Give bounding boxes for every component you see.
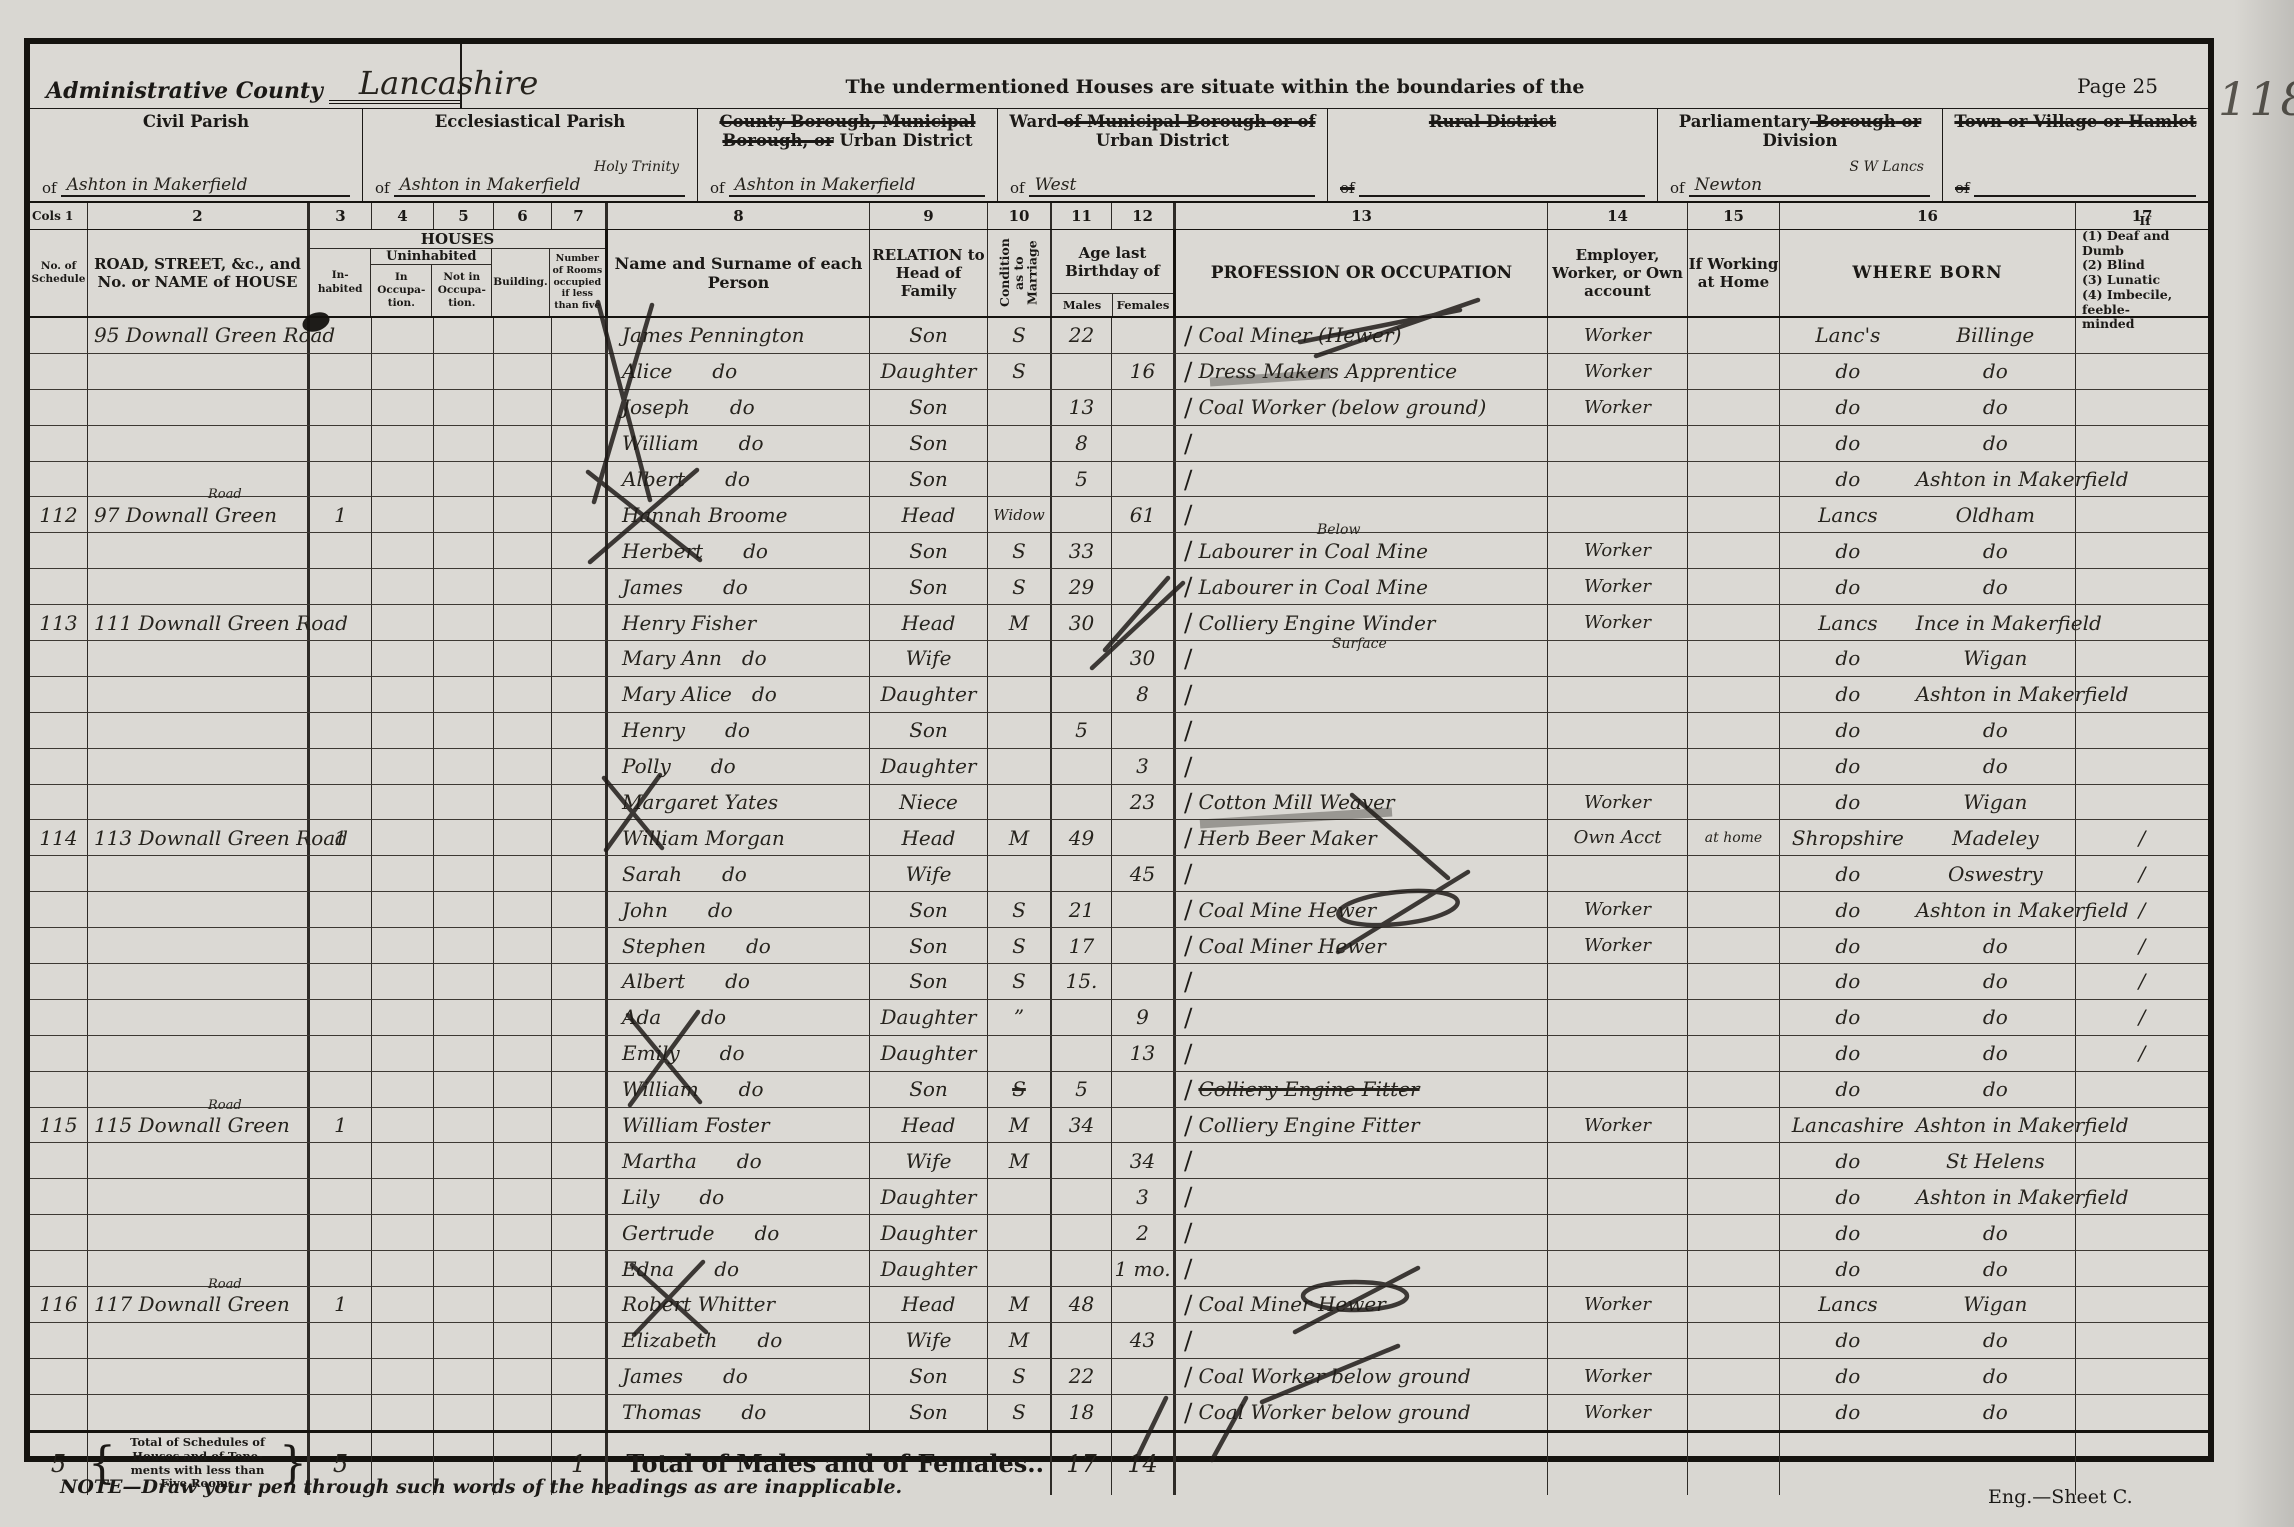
enumerator-tick-mark: ∕ xyxy=(1184,1075,1192,1104)
ward-label-seg: of Municipal Borough xyxy=(1057,112,1266,131)
cell-infirmity xyxy=(2076,713,2208,748)
cell-uninhabited-occ xyxy=(372,569,434,604)
condition-value: S xyxy=(1012,359,1026,383)
born-place: Billinge xyxy=(1916,323,2075,347)
cell-schedule-number xyxy=(30,641,88,676)
cell-rooms xyxy=(552,1395,608,1430)
condition-value: M xyxy=(1009,826,1029,850)
born-county: do xyxy=(1780,718,1916,742)
cell-inhabited xyxy=(310,1036,372,1071)
cell-working-at-home xyxy=(1688,713,1780,748)
cell-occupation: ∕Coal Worker below ground xyxy=(1176,1359,1548,1394)
column-number-1: Cols 1 xyxy=(30,203,88,229)
cell-person-name: Mary Alice do xyxy=(608,677,870,712)
cell-address xyxy=(88,354,310,389)
cell-uninhabited-occ xyxy=(372,354,434,389)
cell-age-male: 13 xyxy=(1052,390,1112,425)
enumerator-tick-mark: ∕ xyxy=(1184,752,1192,781)
born-county: do xyxy=(1780,1257,1916,1281)
cell-rooms xyxy=(552,1323,608,1358)
enumerator-tick-mark: ∕ xyxy=(1184,895,1192,924)
cell-relation: Wife xyxy=(870,1143,988,1178)
total-females-value: 14 xyxy=(1112,1433,1176,1495)
born-place: Oldham xyxy=(1916,503,2075,527)
header-age-group: Age last Birthday of Males Females xyxy=(1052,230,1176,316)
rural-district-label: Rural District xyxy=(1336,113,1649,132)
header-employer: Employer, Worker, or Own account xyxy=(1548,230,1688,316)
cell-condition xyxy=(988,677,1052,712)
cell-condition: M xyxy=(988,1323,1052,1358)
table-row: 115115 Downall GreenRoad1William FosterH… xyxy=(30,1108,2208,1144)
occupation-value: Colliery Engine Winder xyxy=(1198,611,1435,635)
table-row: Albert doSon5∕doAshton in Makerfield xyxy=(30,462,2208,498)
cell-employer-worker: Worker xyxy=(1548,354,1688,389)
cell-uninhabited-notocc xyxy=(434,892,494,927)
cell-occupation: ∕Labourer in Coal MineBelow xyxy=(1176,533,1548,568)
born-county: do xyxy=(1780,1185,1916,1209)
cell-age-female xyxy=(1112,569,1176,604)
cell-person-name: Emily do xyxy=(608,1036,870,1071)
cell-uninhabited-occ xyxy=(372,713,434,748)
born-place: do xyxy=(1916,431,2075,455)
ward-of: of xyxy=(1010,179,1025,197)
cell-address xyxy=(88,856,310,891)
cell-rooms xyxy=(552,318,608,353)
column-number-5: 5 xyxy=(434,203,494,229)
cell-where-born: dodo xyxy=(1780,1000,2076,1035)
cell-condition: S xyxy=(988,1395,1052,1430)
cell-inhabited xyxy=(310,1143,372,1178)
cell-infirmity: / xyxy=(2076,1036,2208,1071)
cell-rooms xyxy=(552,1287,608,1322)
cell-where-born: ShropshireMadeley xyxy=(1780,820,2076,855)
cell-condition xyxy=(988,641,1052,676)
census-form: Administrative County Lancashire The und… xyxy=(24,38,2214,1462)
cell-age-male xyxy=(1052,354,1112,389)
cell-working-at-home xyxy=(1688,1000,1780,1035)
cell-uninhabited-notocc xyxy=(434,713,494,748)
cell-uninhabited-occ xyxy=(372,1359,434,1394)
condition-value: S xyxy=(1012,323,1026,347)
cell-inhabited xyxy=(310,462,372,497)
cell-uninhabited-occ xyxy=(372,820,434,855)
cell-building xyxy=(494,892,552,927)
cell-employer-worker xyxy=(1548,426,1688,461)
parliamentary-of-line: ofNewton xyxy=(1666,176,1934,199)
cell-uninhabited-occ xyxy=(372,1323,434,1358)
column-number-16: 16 xyxy=(1780,203,2076,229)
cell-working-at-home xyxy=(1688,426,1780,461)
cell-infirmity xyxy=(2076,318,2208,353)
cell-age-female xyxy=(1112,426,1176,461)
county-borough-label-seg: Urban District xyxy=(834,131,973,150)
cell-age-male xyxy=(1052,1143,1112,1178)
cell-employer-worker xyxy=(1548,1323,1688,1358)
born-county: do xyxy=(1780,862,1916,886)
cell-inhabited xyxy=(310,1359,372,1394)
cell-inhabited xyxy=(310,856,372,891)
ward-label: Ward of Municipal Borough or of Urban Di… xyxy=(1006,113,1319,151)
cell-building xyxy=(494,677,552,712)
cell-employer-worker: Worker xyxy=(1548,1359,1688,1394)
cell-employer-worker: Worker xyxy=(1548,390,1688,425)
enumerator-tick-mark: ∕ xyxy=(1184,1326,1192,1355)
condition-value: S xyxy=(1012,969,1026,993)
cell-relation: Son xyxy=(870,1072,988,1107)
cell-uninhabited-occ xyxy=(372,462,434,497)
cell-relation: Son xyxy=(870,713,988,748)
cell-occupation: ∕Dress Makers Apprentice xyxy=(1176,354,1548,389)
cell-infirmity xyxy=(2076,1143,2208,1178)
column-number-3: 3 xyxy=(310,203,372,229)
header-houses: HOUSES xyxy=(310,230,605,249)
cell-condition: M xyxy=(988,1108,1052,1143)
cell-where-born: dodo xyxy=(1780,390,2076,425)
cell-infirmity xyxy=(2076,1072,2208,1107)
town-village-of: of xyxy=(1955,179,1970,197)
cell-infirmity xyxy=(2076,1323,2208,1358)
cell-employer-worker xyxy=(1548,1179,1688,1214)
cell-person-name: Henry Fisher xyxy=(608,605,870,640)
ecclesiastical-parish-note: Holy Trinity xyxy=(594,159,679,175)
cell-uninhabited-notocc xyxy=(434,497,494,532)
cell-schedule-number xyxy=(30,1179,88,1214)
cell-relation: Daughter xyxy=(870,1215,988,1250)
cell-address xyxy=(88,713,310,748)
occupation-value: Dress Makers Apprentice xyxy=(1198,359,1457,383)
cell-age-female xyxy=(1112,820,1176,855)
rural-district-label-seg: Rural District xyxy=(1429,112,1556,131)
cell-age-female: 16 xyxy=(1112,354,1176,389)
cell-occupation: ∕ xyxy=(1176,964,1548,999)
cell-building xyxy=(494,1323,552,1358)
cell-working-at-home xyxy=(1688,605,1780,640)
cell-rooms xyxy=(552,605,608,640)
cell-where-born: dodo xyxy=(1780,928,2076,963)
cell-schedule-number xyxy=(30,1359,88,1394)
cell-schedule-number: 113 xyxy=(30,605,88,640)
cell-uninhabited-notocc xyxy=(434,1072,494,1107)
header-profession: PROFESSION OR OCCUPATION xyxy=(1176,230,1548,316)
cell-rooms xyxy=(552,820,608,855)
condition-value: Widow xyxy=(993,506,1044,524)
cell-infirmity: / xyxy=(2076,928,2208,963)
cell-person-name: Ada do xyxy=(608,1000,870,1035)
condition-value: M xyxy=(1009,1292,1029,1316)
cell-address: 95 Downall Green Road xyxy=(88,318,310,353)
cell-working-at-home xyxy=(1688,533,1780,568)
cell-age-male: 22 xyxy=(1052,1359,1112,1394)
cell-schedule-number xyxy=(30,749,88,784)
cell-age-male: 49 xyxy=(1052,820,1112,855)
column-number-15: 15 xyxy=(1688,203,1780,229)
cell-age-female: 3 xyxy=(1112,749,1176,784)
cell-rooms xyxy=(552,713,608,748)
cell-uninhabited-notocc xyxy=(434,1036,494,1071)
cell-building xyxy=(494,497,552,532)
enumerator-tick-mark: ∕ xyxy=(1184,1182,1192,1211)
cell-uninhabited-notocc xyxy=(434,1179,494,1214)
condition-value: S xyxy=(1012,1364,1026,1388)
ecclesiastical-parish-label: Ecclesiastical Parish xyxy=(371,113,689,132)
cell-uninhabited-notocc xyxy=(434,677,494,712)
cell-age-male xyxy=(1052,1179,1112,1214)
table-row: Mary Ann doWife30∕doWigan xyxy=(30,641,2208,677)
condition-value: S xyxy=(1012,934,1026,958)
ecclesiastical-parish-value: Ashton in Makerfield xyxy=(394,176,685,197)
born-place: do xyxy=(1916,1041,2075,1065)
header-building: Building. xyxy=(492,249,549,316)
cell-person-name: James do xyxy=(608,1359,870,1394)
cell-uninhabited-notocc xyxy=(434,569,494,604)
cell-condition: S xyxy=(988,569,1052,604)
cell-person-name: Hannah Broome xyxy=(608,497,870,532)
cell-condition: S xyxy=(988,533,1052,568)
cell-uninhabited-notocc xyxy=(434,1143,494,1178)
county-borough-label: County Borough, Municipal Borough, or Ur… xyxy=(706,113,989,151)
cell-person-name: William Foster xyxy=(608,1108,870,1143)
header-uninhabited: Uninhabited xyxy=(371,249,491,265)
cell-address xyxy=(88,785,310,820)
header-infirmities-line: (1) Deaf and Dumb xyxy=(2082,229,2208,259)
cell-person-name: James Pennington xyxy=(608,318,870,353)
cell-infirmity: / xyxy=(2076,964,2208,999)
cell-inhabited xyxy=(310,1072,372,1107)
sheet-label: Eng.—Sheet C. xyxy=(1988,1486,2133,1508)
cell-employer-worker xyxy=(1548,497,1688,532)
cell-age-male: 34 xyxy=(1052,1108,1112,1143)
cell-working-at-home xyxy=(1688,1215,1780,1250)
cell-age-female xyxy=(1112,964,1176,999)
cell-condition: M xyxy=(988,1143,1052,1178)
cell-building xyxy=(494,1143,552,1178)
cell-inhabited xyxy=(310,749,372,784)
cell-working-at-home xyxy=(1688,354,1780,389)
born-place: Ashton in Makerfield xyxy=(1916,682,2075,706)
cell-schedule-number: 115 xyxy=(30,1108,88,1143)
cell-uninhabited-occ xyxy=(372,641,434,676)
column-numbers-row: Cols 1234567891011121314151617 xyxy=(30,201,2208,229)
cell-working-at-home xyxy=(1688,1251,1780,1286)
cell-where-born: doWigan xyxy=(1780,641,2076,676)
cell-relation: Son xyxy=(870,1395,988,1430)
cell-relation: Son xyxy=(870,928,988,963)
cell-inhabited xyxy=(310,318,372,353)
cell-occupation: ∕Coal Miner Hewer xyxy=(1176,1287,1548,1322)
cell-inhabited xyxy=(310,928,372,963)
cell-relation: Head xyxy=(870,497,988,532)
cell-working-at-home xyxy=(1688,569,1780,604)
born-county: do xyxy=(1780,359,1916,383)
cell-relation: Son xyxy=(870,318,988,353)
cell-schedule-number xyxy=(30,1215,88,1250)
cell-uninhabited-occ xyxy=(372,1143,434,1178)
civil-parish-label: Civil Parish xyxy=(38,113,354,132)
situate-statement: The undermentioned Houses are situate wi… xyxy=(462,76,1968,108)
cell-building xyxy=(494,1108,552,1143)
town-village-label-seg: Town or Village or Hamlet xyxy=(1954,112,2196,131)
table-row: 11297 Downall GreenRoad1Hannah BroomeHea… xyxy=(30,497,2208,533)
born-county: do xyxy=(1780,1149,1916,1173)
cell-building xyxy=(494,1072,552,1107)
cell-where-born: doAshton in Makerfield xyxy=(1780,1179,2076,1214)
locality-box-civil-parish: Civil ParishofAshton in Makerfield xyxy=(30,109,363,201)
cell-uninhabited-occ xyxy=(372,497,434,532)
cell-address xyxy=(88,1215,310,1250)
cell-person-name: Margaret Yates xyxy=(608,785,870,820)
born-place: Ashton in Makerfield xyxy=(1916,467,2075,491)
ward-label-seg: or of xyxy=(1266,112,1315,131)
cell-inhabited xyxy=(310,1215,372,1250)
born-county: do xyxy=(1780,467,1916,491)
cell-occupation: ∕Coal Miner (Hewer) xyxy=(1176,318,1548,353)
cell-building xyxy=(494,569,552,604)
cell-condition: S xyxy=(988,964,1052,999)
cell-schedule-number xyxy=(30,677,88,712)
born-place: do xyxy=(1916,1364,2075,1388)
cell-where-born: doAshton in Makerfield xyxy=(1780,892,2076,927)
cell-person-name: Sarah do xyxy=(608,856,870,891)
cell-uninhabited-occ xyxy=(372,749,434,784)
born-place: Madeley xyxy=(1916,826,2075,850)
table-row: William doSonS5∕Colliery Engine Fitterdo… xyxy=(30,1072,2208,1108)
cell-uninhabited-notocc xyxy=(434,928,494,963)
cell-address xyxy=(88,749,310,784)
cell-infirmity xyxy=(2076,641,2208,676)
cell-condition xyxy=(988,1179,1052,1214)
occupation-value: Coal Worker below ground xyxy=(1198,1400,1470,1424)
header-condition-label: Condition as to Marriage xyxy=(998,230,1039,316)
parliamentary-value: Newton xyxy=(1689,176,1930,197)
parliamentary-note: S W Lancs xyxy=(1849,159,1924,175)
born-county: Lancashire xyxy=(1780,1113,1916,1137)
cell-address xyxy=(88,1072,310,1107)
cell-address xyxy=(88,641,310,676)
cell-employer-worker: Worker xyxy=(1548,605,1688,640)
born-county: do xyxy=(1780,682,1916,706)
born-county: do xyxy=(1780,969,1916,993)
cell-where-born: dodo xyxy=(1780,1359,2076,1394)
cell-building xyxy=(494,1359,552,1394)
cell-person-name: Mary Ann do xyxy=(608,641,870,676)
cell-building xyxy=(494,1215,552,1250)
born-place: do xyxy=(1916,1077,2075,1101)
enumerator-tick-mark: ∕ xyxy=(1184,1111,1192,1140)
cell-inhabited: 1 xyxy=(310,820,372,855)
cell-uninhabited-occ xyxy=(372,533,434,568)
born-place: do xyxy=(1916,359,2075,383)
enumerator-tick-mark: ∕ xyxy=(1184,1003,1192,1032)
condition-value: M xyxy=(1009,1113,1029,1137)
header-inhabited: In-habited xyxy=(310,249,371,316)
cell-schedule-number xyxy=(30,533,88,568)
cell-person-name: Henry do xyxy=(608,713,870,748)
cell-relation: Son xyxy=(870,426,988,461)
table-row: Margaret YatesNiece23∕Cotton Mill Weaver… xyxy=(30,785,2208,821)
cell-infirmity xyxy=(2076,1359,2208,1394)
cell-working-at-home xyxy=(1688,1143,1780,1178)
cell-where-born: dodo xyxy=(1780,533,2076,568)
cell-working-at-home xyxy=(1688,964,1780,999)
born-county: do xyxy=(1780,431,1916,455)
cell-relation: Head xyxy=(870,820,988,855)
born-place: Wigan xyxy=(1916,1292,2075,1316)
cell-building xyxy=(494,1036,552,1071)
cell-condition xyxy=(988,713,1052,748)
born-county: do xyxy=(1780,934,1916,958)
cell-inhabited xyxy=(310,1323,372,1358)
cell-age-male: 15. xyxy=(1052,964,1112,999)
cell-schedule-number xyxy=(30,1323,88,1358)
cell-where-born: dodo xyxy=(1780,1072,2076,1107)
cell-working-at-home xyxy=(1688,1036,1780,1071)
cell-where-born: dodo xyxy=(1780,713,2076,748)
born-county: do xyxy=(1780,754,1916,778)
cell-relation: Wife xyxy=(870,641,988,676)
cell-where-born: dodo xyxy=(1780,1036,2076,1071)
cell-working-at-home xyxy=(1688,928,1780,963)
cell-building xyxy=(494,390,552,425)
cell-schedule-number xyxy=(30,1143,88,1178)
cell-uninhabited-notocc xyxy=(434,462,494,497)
table-row: Lily doDaughter3∕doAshton in Makerfield xyxy=(30,1179,2208,1215)
cell-rooms xyxy=(552,749,608,784)
cell-address xyxy=(88,892,310,927)
cell-inhabited xyxy=(310,713,372,748)
cell-uninhabited-occ xyxy=(372,1395,434,1430)
locality-box-rural-district: Rural Districtof xyxy=(1328,109,1658,201)
header-females: Females xyxy=(1113,294,1173,316)
cell-address-road-note: Road xyxy=(208,1277,242,1292)
cell-age-male: 5 xyxy=(1052,1072,1112,1107)
cell-relation: Daughter xyxy=(870,749,988,784)
table-row: Emily doDaughter13∕dodo/ xyxy=(30,1036,2208,1072)
cell-rooms xyxy=(552,785,608,820)
cell-address xyxy=(88,1395,310,1430)
cell-employer-worker xyxy=(1548,1143,1688,1178)
enumerator-tick-mark: ∕ xyxy=(1184,1039,1192,1068)
cell-rooms xyxy=(552,354,608,389)
administrative-county-line: Lancashire xyxy=(329,70,460,104)
condition-value: S xyxy=(1012,575,1026,599)
cell-rooms xyxy=(552,497,608,532)
total-empty-cell xyxy=(1176,1433,1548,1495)
cell-building xyxy=(494,1395,552,1430)
cell-building xyxy=(494,354,552,389)
table-row: Henry doSon5∕dodo xyxy=(30,713,2208,749)
cell-person-name: Joseph do xyxy=(608,390,870,425)
enumerator-tick-mark: ∕ xyxy=(1184,788,1192,817)
cell-address: 111 Downall Green Road xyxy=(88,605,310,640)
cell-rooms xyxy=(552,641,608,676)
cell-uninhabited-occ xyxy=(372,856,434,891)
column-number-12: 12 xyxy=(1112,203,1176,229)
cell-age-male xyxy=(1052,785,1112,820)
cell-age-female: 9 xyxy=(1112,1000,1176,1035)
header-uninhabited-group: Uninhabited In Occupa-tion. Not in Occup… xyxy=(371,249,492,316)
enumerator-tick-mark: ∕ xyxy=(1184,393,1192,422)
enumerator-tick-mark: ∕ xyxy=(1184,1218,1192,1247)
cell-uninhabited-notocc xyxy=(434,605,494,640)
column-number-7: 7 xyxy=(552,203,608,229)
header-road-street: ROAD, STREET, &c., and No. or NAME of HO… xyxy=(88,230,310,316)
cell-building xyxy=(494,426,552,461)
cell-condition xyxy=(988,1251,1052,1286)
occupation-value: Coal Worker (below ground) xyxy=(1198,395,1486,419)
born-county: do xyxy=(1780,575,1916,599)
table-row: Martha doWifeM34∕doSt Helens xyxy=(30,1143,2208,1179)
cell-employer-worker: Worker xyxy=(1548,533,1688,568)
